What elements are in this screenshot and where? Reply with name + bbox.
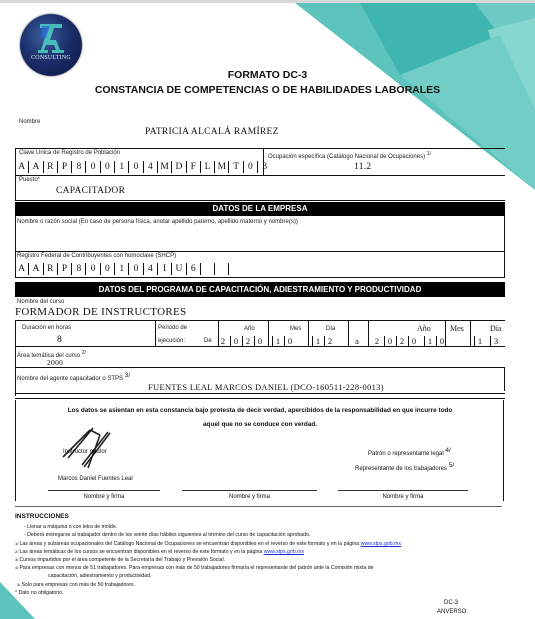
sign-caption-instructor: Nombre y firma: [48, 494, 160, 500]
divider: [268, 320, 269, 346]
instruction-item: - Llenar a máquina o con letra de molde.: [24, 524, 117, 530]
occupation-value[interactable]: 11.2: [354, 162, 371, 172]
stps-link[interactable]: www.stps.gob.mx: [361, 541, 401, 547]
date-digit: 1: [424, 336, 435, 346]
instruction-item: 2/ Las áreas temáticas de los cursos se …: [15, 549, 304, 555]
char-cell: 6: [186, 263, 200, 275]
char-cell: [200, 263, 214, 275]
signature-scribble-icon: [60, 420, 115, 475]
divider: [470, 320, 471, 346]
period-label-2: ejecución:: [158, 338, 185, 344]
globe-logo-icon: [36, 20, 66, 54]
from-month-label: Mes: [290, 326, 301, 332]
top-border: [0, 0, 535, 3]
char-cell: A: [28, 161, 42, 173]
instruction-item: * Dato no obligatorio.: [15, 590, 63, 596]
to-month-label: Mes: [450, 324, 464, 333]
char-cell: A: [28, 263, 42, 275]
company-section-header: DATOS DE LA EMPRESA: [15, 202, 505, 216]
statement-line-1: Los datos se asientan en esta constancia…: [15, 407, 505, 414]
form-subtitle: CONSTANCIA DE COMPETENCIAS O DE HABILIDA…: [0, 84, 535, 96]
char-cell: M: [214, 161, 228, 173]
date-digit: 1: [312, 336, 323, 346]
char-cell: [228, 263, 242, 275]
char-cell: 0: [128, 161, 142, 173]
rfc-label: Registro Federal de Contribuyentes con h…: [17, 253, 176, 259]
date-digit: 0: [230, 336, 241, 346]
from-day-label: Día: [326, 326, 335, 332]
date-digit: 2: [372, 336, 382, 346]
instruction-item: 3/ Cursos impartidos por el área compete…: [15, 557, 225, 563]
divider: [368, 320, 369, 346]
char-cell: 0: [128, 263, 142, 275]
char-cell: 8: [71, 161, 85, 173]
curp-label: Clave Única de Registro de Población: [19, 150, 120, 156]
char-cell: R: [43, 161, 57, 173]
char-cell: 8: [71, 263, 85, 275]
sign-caption-employer: Nombre y firma: [182, 494, 317, 500]
course-label: Nombre del curso: [17, 299, 64, 305]
divider: [15, 277, 505, 278]
char-cell: 0: [100, 161, 114, 173]
char-cell: M: [157, 161, 171, 173]
divider: [15, 175, 505, 176]
instructions-title: INSTRUCCIONES: [15, 513, 69, 520]
company-logo: CONSULTING: [20, 14, 82, 76]
stps-link[interactable]: www.stps.gob.mx: [264, 549, 304, 555]
date-digit: 1: [272, 336, 283, 346]
signature-line: [182, 490, 317, 491]
position-value[interactable]: CAPACITADOR: [56, 186, 125, 196]
char-cell: I: [157, 263, 171, 275]
char-cell: 4: [143, 263, 157, 275]
instruction-item: 4/ Para empresas con menos de 51 trabaja…: [15, 565, 374, 571]
char-cell: 1: [114, 263, 128, 275]
char-cell: 4: [143, 161, 157, 173]
occupation-label: Ocupación específica (Catálogo Nacional …: [268, 151, 431, 160]
divider: [15, 148, 16, 200]
char-cell: 0: [100, 263, 114, 275]
date-digit: 0: [254, 336, 265, 346]
date-digit: 1: [474, 336, 485, 346]
company-name-label: Nombre o razón social (En caso de person…: [17, 219, 298, 225]
divider: [15, 346, 505, 347]
date-digit: 0: [384, 336, 395, 346]
char-cell: A: [15, 263, 28, 275]
char-cell: U: [171, 263, 185, 275]
course-value[interactable]: FORMADOR DE INSTRUCTORES: [15, 306, 186, 318]
name-label: Nombre: [19, 119, 40, 125]
char-cell: P: [57, 263, 71, 275]
instructor-label: Instructor o tutor: [63, 449, 107, 455]
agent-label: Nombre del agente capacitador o STPS 3/: [17, 372, 130, 382]
divider: [504, 367, 505, 391]
divider: [15, 367, 505, 368]
worker-name[interactable]: PATRICIA ALCALÁ RAMÍREZ: [145, 127, 279, 137]
date-digit: 0: [408, 336, 419, 346]
char-cell: 0: [85, 161, 99, 173]
divider: [15, 393, 505, 394]
logo-text: CONSULTING: [20, 55, 82, 61]
workers-label: Representante de los trabajadores 5/: [355, 462, 454, 472]
employer-label: Patrón o representante legal 4/: [368, 447, 451, 457]
sign-caption-workers: Nombre y firma: [338, 494, 468, 500]
divider: [15, 148, 505, 149]
to-year-label: Año: [417, 324, 431, 333]
divider: [308, 320, 309, 346]
position-label: Puesto*: [19, 177, 40, 183]
instruction-item: - Deberá entregarse al trabajador dentro…: [24, 532, 310, 538]
hours-label: Duración en horas: [22, 325, 71, 331]
instruction-item: capacitación, adiestramiento y productiv…: [48, 573, 152, 579]
char-cell: R: [43, 263, 57, 275]
date-digit: 2: [324, 336, 335, 346]
hours-value[interactable]: 8: [57, 335, 62, 345]
char-cell: 1: [114, 161, 128, 173]
char-cell: A: [15, 161, 28, 173]
char-cell: L: [200, 161, 214, 173]
rfc-field[interactable]: AARP800104IU6: [15, 263, 243, 275]
divider: [15, 200, 505, 201]
instruction-item: 1/ Las áreas y subáreas ocupacionales de…: [15, 541, 401, 547]
to-day-label: Día: [490, 324, 502, 333]
divider: [155, 320, 156, 346]
char-cell: 0: [85, 263, 99, 275]
char-cell: 3: [257, 161, 271, 173]
date-digit: 3: [490, 336, 501, 346]
char-cell: D: [171, 161, 185, 173]
period-label: Periodo de: [158, 325, 187, 331]
divider: [15, 320, 505, 321]
signature-line: [338, 490, 468, 491]
char-cell: F: [186, 161, 200, 173]
signature-line: [48, 490, 160, 491]
date-digit: 2: [242, 336, 253, 346]
program-section-header: DATOS DEL PROGRAMA DE CAPACITACIÓN, ADIE…: [15, 282, 505, 297]
form-title: FORMATO DC-3: [0, 69, 535, 81]
divider: [15, 320, 16, 396]
area-value[interactable]: 2000: [47, 358, 63, 367]
to-label: a: [352, 336, 362, 346]
date-digit: 2: [396, 336, 407, 346]
char-cell: 0: [243, 161, 257, 173]
char-cell: P: [57, 161, 71, 173]
from-year-label: Año: [244, 326, 255, 332]
instruction-item: 5/ Solo para empresas con más de 50 trab…: [17, 582, 135, 588]
divider: [348, 320, 349, 346]
date-digit: 2: [218, 336, 228, 346]
char-cell: T: [228, 161, 242, 173]
divider: [504, 216, 505, 278]
curp-field[interactable]: AARP800104MDFLMT03: [15, 161, 271, 173]
char-cell: [214, 263, 228, 275]
date-digit: 0: [436, 336, 447, 346]
agent-value[interactable]: FUENTES LEAL MARCOS DANIEL (DCO-160511-2…: [148, 382, 384, 392]
footer-side: ANVERSO: [437, 609, 466, 615]
divider: [15, 251, 505, 252]
instructor-name: Marcos Daniel Fuentes Leal: [58, 476, 133, 482]
divider: [15, 506, 502, 507]
date-digit: 0: [284, 336, 295, 346]
divider: [15, 398, 505, 399]
footer-code: DC-3: [444, 600, 458, 606]
from-label: De: [204, 338, 212, 344]
